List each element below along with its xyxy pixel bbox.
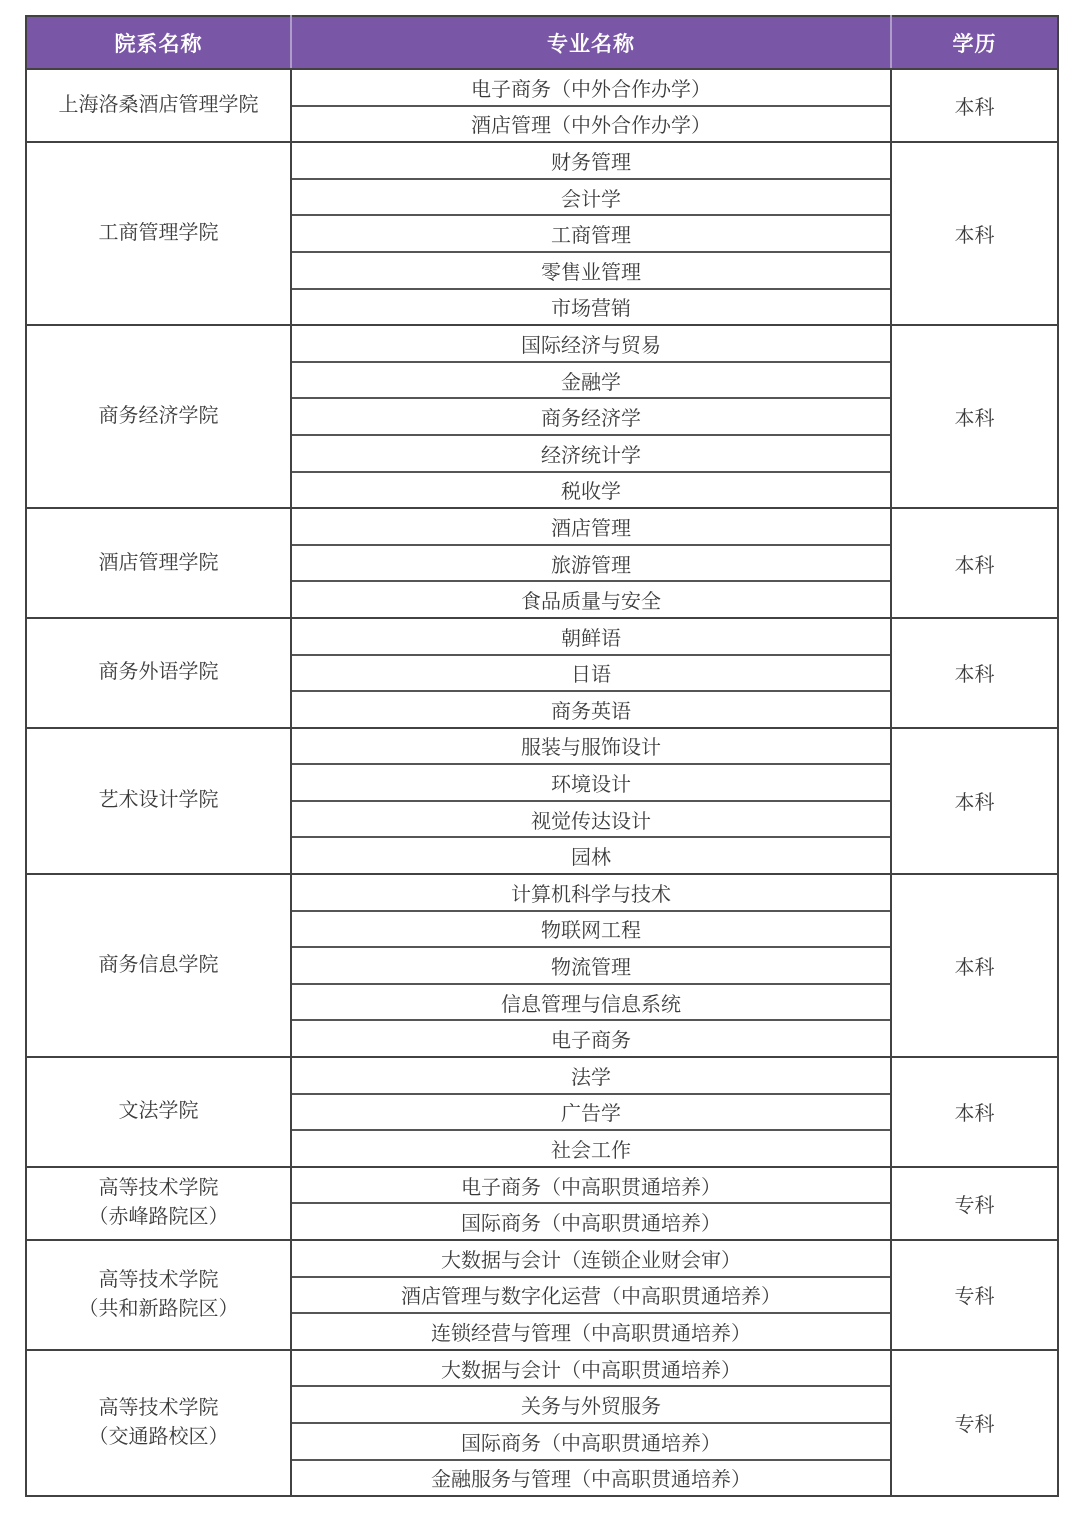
degree-cell: 本科 (891, 618, 1058, 728)
department-cell: 高等技术学院 （共和新路院区） (26, 1240, 291, 1350)
header-cell-degree: 学历 (891, 16, 1058, 69)
degree-cell: 本科 (891, 325, 1058, 508)
major-cell: 物流管理 (291, 947, 891, 984)
major-cell: 计算机科学与技术 (291, 874, 891, 911)
major-cell: 财务管理 (291, 142, 891, 179)
major-cell: 金融服务与管理（中高职贯通培养） (291, 1460, 891, 1497)
degree-cell: 专科 (891, 1167, 1058, 1240)
degree-cell: 本科 (891, 728, 1058, 874)
department-cell: 酒店管理学院 (26, 508, 291, 618)
department-cell: 工商管理学院 (26, 142, 291, 325)
major-cell: 国际经济与贸易 (291, 325, 891, 362)
major-cell: 酒店管理与数字化运营（中高职贯通培养） (291, 1277, 891, 1314)
major-cell: 大数据与会计（中高职贯通培养） (291, 1350, 891, 1387)
major-cell: 服装与服饰设计 (291, 728, 891, 765)
major-cell: 园林 (291, 837, 891, 874)
major-cell: 连锁经营与管理（中高职贯通培养） (291, 1313, 891, 1350)
degree-cell: 本科 (891, 508, 1058, 618)
major-cell: 电子商务（中外合作办学） (291, 69, 891, 106)
group-start-row: 高等技术学院 （交通路校区）大数据与会计（中高职贯通培养）专科 (26, 1350, 1058, 1387)
group-start-row: 酒店管理学院酒店管理本科 (26, 508, 1058, 545)
group-start-row: 商务经济学院国际经济与贸易本科 (26, 325, 1058, 362)
major-cell: 工商管理 (291, 215, 891, 252)
degree-cell: 本科 (891, 142, 1058, 325)
major-cell: 零售业管理 (291, 252, 891, 289)
major-cell: 视觉传达设计 (291, 801, 891, 838)
major-cell: 会计学 (291, 179, 891, 216)
major-cell: 酒店管理 (291, 508, 891, 545)
header-cell-major: 专业名称 (291, 16, 891, 69)
department-cell: 商务信息学院 (26, 874, 291, 1057)
major-cell: 金融学 (291, 362, 891, 399)
major-cell: 信息管理与信息系统 (291, 984, 891, 1021)
major-cell: 社会工作 (291, 1130, 891, 1167)
degree-cell: 本科 (891, 69, 1058, 142)
group-start-row: 上海洛桑酒店管理学院电子商务（中外合作办学）本科 (26, 69, 1058, 106)
group-start-row: 高等技术学院 （赤峰路院区）电子商务（中高职贯通培养）专科 (26, 1167, 1058, 1204)
table-header: 院系名称 专业名称 学历 (26, 16, 1058, 69)
degree-cell: 专科 (891, 1350, 1058, 1496)
major-cell: 大数据与会计（连锁企业财会审） (291, 1240, 891, 1277)
major-cell: 商务英语 (291, 691, 891, 728)
major-cell: 市场营销 (291, 289, 891, 326)
group-start-row: 艺术设计学院服装与服饰设计本科 (26, 728, 1058, 765)
major-cell: 国际商务（中高职贯通培养） (291, 1423, 891, 1460)
department-cell: 艺术设计学院 (26, 728, 291, 874)
major-cell: 环境设计 (291, 764, 891, 801)
department-cell: 高等技术学院 （赤峰路院区） (26, 1167, 291, 1240)
page: 院系名称 专业名称 学历 上海洛桑酒店管理学院电子商务（中外合作办学）本科酒店管… (0, 0, 1080, 1513)
major-cell: 商务经济学 (291, 398, 891, 435)
major-cell: 经济统计学 (291, 435, 891, 472)
header-cell-department: 院系名称 (26, 16, 291, 69)
group-start-row: 文法学院法学本科 (26, 1057, 1058, 1094)
major-cell: 食品质量与安全 (291, 581, 891, 618)
major-cell: 税收学 (291, 472, 891, 509)
departments-majors-table: 院系名称 专业名称 学历 上海洛桑酒店管理学院电子商务（中外合作办学）本科酒店管… (25, 15, 1059, 1497)
header-row: 院系名称 专业名称 学历 (26, 16, 1058, 69)
major-cell: 日语 (291, 655, 891, 692)
major-cell: 法学 (291, 1057, 891, 1094)
degree-cell: 本科 (891, 1057, 1058, 1167)
major-cell: 关务与外贸服务 (291, 1386, 891, 1423)
group-start-row: 工商管理学院财务管理本科 (26, 142, 1058, 179)
degree-cell: 本科 (891, 874, 1058, 1057)
major-cell: 电子商务（中高职贯通培养） (291, 1167, 891, 1204)
major-cell: 国际商务（中高职贯通培养） (291, 1203, 891, 1240)
degree-cell: 专科 (891, 1240, 1058, 1350)
major-cell: 酒店管理（中外合作办学） (291, 106, 891, 143)
group-start-row: 商务信息学院计算机科学与技术本科 (26, 874, 1058, 911)
department-cell: 上海洛桑酒店管理学院 (26, 69, 291, 142)
group-start-row: 高等技术学院 （共和新路院区）大数据与会计（连锁企业财会审）专科 (26, 1240, 1058, 1277)
department-cell: 商务经济学院 (26, 325, 291, 508)
department-cell: 文法学院 (26, 1057, 291, 1167)
department-cell: 高等技术学院 （交通路校区） (26, 1350, 291, 1496)
major-cell: 物联网工程 (291, 911, 891, 948)
table-container: 院系名称 专业名称 学历 上海洛桑酒店管理学院电子商务（中外合作办学）本科酒店管… (25, 15, 1059, 1497)
department-cell: 商务外语学院 (26, 618, 291, 728)
major-cell: 广告学 (291, 1094, 891, 1131)
major-cell: 旅游管理 (291, 545, 891, 582)
group-start-row: 商务外语学院朝鲜语本科 (26, 618, 1058, 655)
table-body: 上海洛桑酒店管理学院电子商务（中外合作办学）本科酒店管理（中外合作办学）工商管理… (26, 69, 1058, 1496)
major-cell: 朝鲜语 (291, 618, 891, 655)
major-cell: 电子商务 (291, 1020, 891, 1057)
